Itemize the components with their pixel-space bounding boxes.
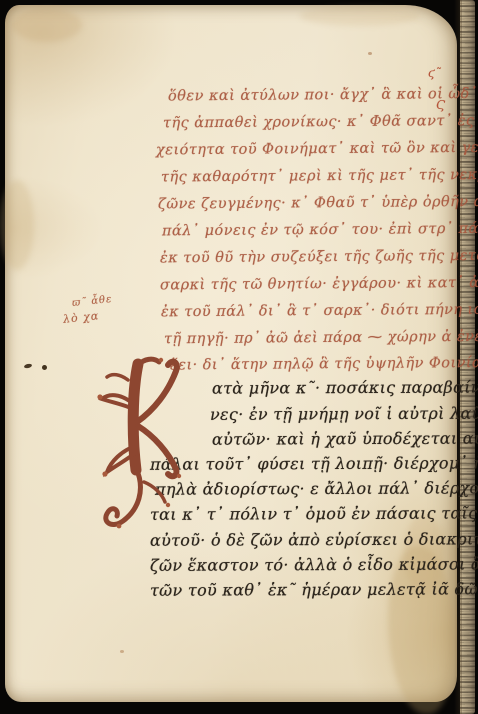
rubric-line: τῆς καθαρότητ᾽ μερὶ κὶ τῆς μετ᾽ τῆς νεκρ… (161, 168, 478, 185)
decorated-initial-K: Κ (84, 350, 206, 538)
rubric-line: ὅθεν καὶ ἀτύλων ποι· ἄγχ᾽ ἃ καὶ οἱ ὧδ᾽ ἰ… (168, 87, 478, 104)
rubric-line: τῇ πηγῇ· πρ᾽ ἀῶ ἀεὶ πάρα ⁓ χώρην ἀ ἐνὲ (164, 330, 478, 347)
rubric-line: σαρκὶ τῆς τῶ θνητίω· ἐγγάρου· κὶ κατ᾽ ἀξ… (160, 276, 478, 293)
rubric-line: ἐκ τοῦ θῦ τὴν συζεύξει τῆς ζωῆς τῆς μετὰ… (160, 249, 478, 266)
rubric-line: χειότητα τοῦ Φοινήματ᾽ καὶ τῶ ὃν καὶ γεν… (156, 141, 478, 158)
body-text-line: τῶν τοῦ καθ᾽ ἑκ῀ ἡμέραν μελετᾷ ἰᾶ δῶν ἂν (150, 581, 478, 599)
margin-abbreviation-mark: Ϛ (436, 98, 445, 112)
body-text-line: αὐτῶν· καὶ ἡ χαῦ ὑποδέχεται αὐτούς· ἐν (212, 430, 478, 447)
initial-k-drawing: Κ (84, 350, 206, 538)
body-text-line: ζῶν ἕκαστον τό· ἀλλὰ ὁ εἶδο κἰμάσοι ἂν α… (150, 556, 478, 574)
rubric-line: ζῶνε ζευγμένης· κ᾽ Φθαῦ τ᾽ ὑπὲρ ὀρθῆν αἰ… (158, 195, 478, 212)
rubric-line: πάλ᾽ μόνεις ἐν τῷ κόσ᾽ του· ἐπὶ στρ᾽ πάν… (162, 222, 478, 239)
margin-abbreviation-mark: ϛ῀ (428, 66, 441, 80)
body-text-line: ατὰ μῆνα κ῀· ποσάκις παραβαίνουσι (212, 379, 478, 396)
manuscript-photo: ὅθεν καὶ ἀτύλων ποι· ἄγχ᾽ ἃ καὶ οἱ ὧδ᾽ ἰ… (0, 0, 478, 714)
rubric-line: τῆς ἀππαθεὶ χρονίκως· κ᾽ Φθᾶ σαντ᾽ ἐς τὴ… (163, 114, 478, 131)
initial-k-strokes (102, 359, 177, 524)
body-text-line: νες· ἐν τῇ μνήμῃ νοῖ ἱ αὐτρὶ λαῦσι τὰς ψ… (210, 405, 478, 423)
rubric-line: ἐκ τοῦ πάλ᾽ δι᾽ ἃ τ᾽ σαρκ᾽· διότι πήνη ι… (161, 303, 478, 320)
rubric-line: ἔει· δι᾽ ἅτην πηλῷ ἃ τῆς ὑψηλῆν Φοινίαν꞉… (170, 356, 478, 373)
